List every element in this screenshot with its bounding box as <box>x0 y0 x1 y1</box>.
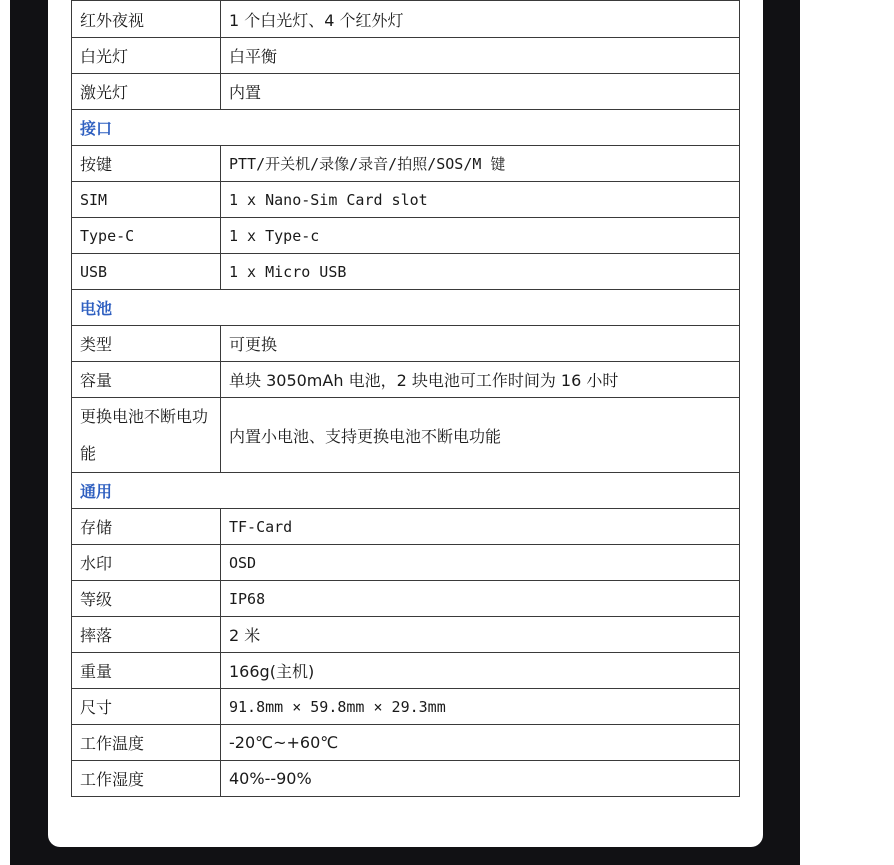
table-row: 工作湿度 40%--90% <box>72 761 740 797</box>
spec-key: Type-C <box>72 218 221 254</box>
table-row: 按键 PTT/开关机/录像/录音/拍照/SOS/M 键 <box>72 146 740 182</box>
table-row: 重量 166g(主机) <box>72 653 740 689</box>
section-header-row: 接口 <box>72 110 740 146</box>
spec-key: 水印 <box>72 545 221 581</box>
table-row: USB 1 x Micro USB <box>72 254 740 290</box>
table-row: 摔落 2 米 <box>72 617 740 653</box>
table-row: 等级 IP68 <box>72 581 740 617</box>
spec-value: 166g(主机) <box>221 653 740 689</box>
spec-key: 存储 <box>72 509 221 545</box>
table-row: 白光灯 白平衡 <box>72 38 740 74</box>
spec-key: 容量 <box>72 362 221 398</box>
spec-key: SIM <box>72 182 221 218</box>
section-title-battery: 电池 <box>72 290 740 326</box>
table-row: 存储 TF-Card <box>72 509 740 545</box>
section-title-general: 通用 <box>72 473 740 509</box>
spec-key: 工作温度 <box>72 725 221 761</box>
spec-value: 1 个白光灯、4 个红外灯 <box>221 1 740 38</box>
table-row: 类型 可更换 <box>72 326 740 362</box>
table-row: 容量 单块 3050mAh 电池，2 块电池可工作时间为 16 小时 <box>72 362 740 398</box>
spec-value: 40%--90% <box>221 761 740 797</box>
spec-key: 激光灯 <box>72 74 221 110</box>
table-row: SIM 1 x Nano-Sim Card slot <box>72 182 740 218</box>
spec-value: 1 x Nano-Sim Card slot <box>221 182 740 218</box>
spec-value: 1 x Micro USB <box>221 254 740 290</box>
spec-key: 工作湿度 <box>72 761 221 797</box>
spec-key: 更换电池不断电功能 <box>72 398 221 473</box>
spec-value: -20℃~+60℃ <box>221 725 740 761</box>
section-header-row: 通用 <box>72 473 740 509</box>
spec-value: 内置 <box>221 74 740 110</box>
spec-key: 类型 <box>72 326 221 362</box>
spec-key: 尺寸 <box>72 689 221 725</box>
section-title-interface: 接口 <box>72 110 740 146</box>
spec-key: 白光灯 <box>72 38 221 74</box>
section-header-row: 电池 <box>72 290 740 326</box>
table-row: 尺寸 91.8mm × 59.8mm × 29.3mm <box>72 689 740 725</box>
spec-value: 91.8mm × 59.8mm × 29.3mm <box>221 689 740 725</box>
spec-value: TF-Card <box>221 509 740 545</box>
spec-key: 摔落 <box>72 617 221 653</box>
table-row: 水印 OSD <box>72 545 740 581</box>
spec-value: 内置小电池、支持更换电池不断电功能 <box>221 398 740 473</box>
spec-value: 白平衡 <box>221 38 740 74</box>
spec-key: 重量 <box>72 653 221 689</box>
spec-value: PTT/开关机/录像/录音/拍照/SOS/M 键 <box>221 146 740 182</box>
table-row: 工作温度 -20℃~+60℃ <box>72 725 740 761</box>
table-row: 更换电池不断电功能 内置小电池、支持更换电池不断电功能 <box>72 398 740 473</box>
spec-key: 按键 <box>72 146 221 182</box>
spec-value: 1 x Type-c <box>221 218 740 254</box>
spec-key: USB <box>72 254 221 290</box>
spec-value: 可更换 <box>221 326 740 362</box>
spec-value: 2 米 <box>221 617 740 653</box>
spec-key: 等级 <box>72 581 221 617</box>
spec-table: 红外夜视 1 个白光灯、4 个红外灯 白光灯 白平衡 激光灯 内置 接口 按键 … <box>71 0 740 797</box>
table-row: Type-C 1 x Type-c <box>72 218 740 254</box>
spec-value: OSD <box>221 545 740 581</box>
spec-value: IP68 <box>221 581 740 617</box>
spec-key: 红外夜视 <box>72 1 221 38</box>
table-row: 激光灯 内置 <box>72 74 740 110</box>
table-row: 红外夜视 1 个白光灯、4 个红外灯 <box>72 1 740 38</box>
spec-value: 单块 3050mAh 电池，2 块电池可工作时间为 16 小时 <box>221 362 740 398</box>
